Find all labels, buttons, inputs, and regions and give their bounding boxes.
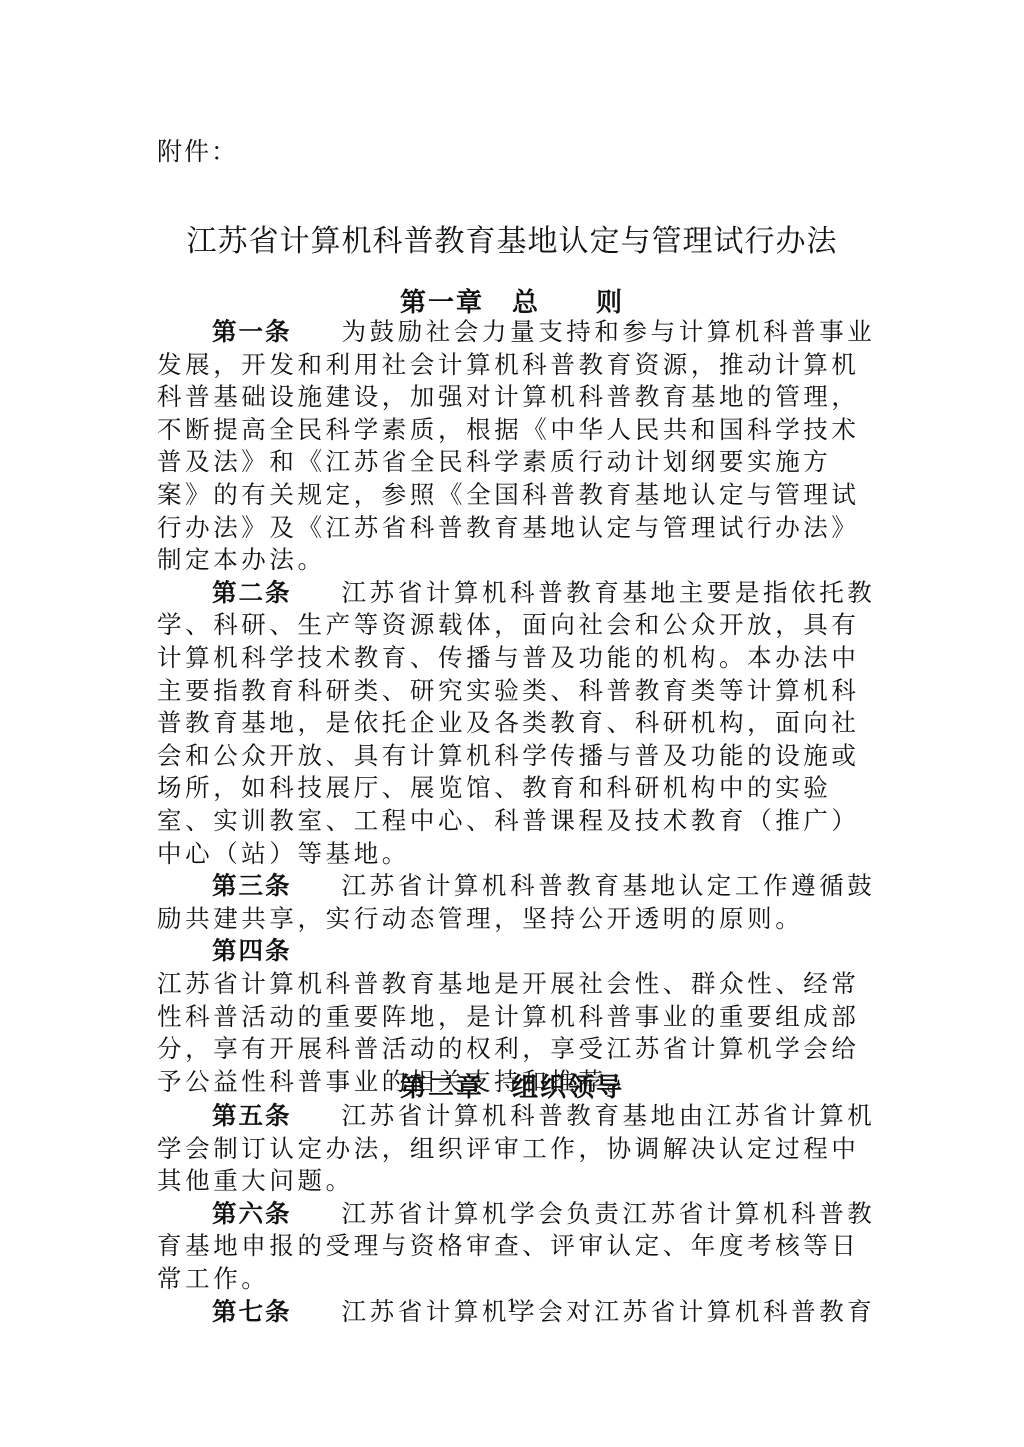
line-text: 分，享有开展科普活动的权利，享受江苏省计算机学会给 [157,1034,860,1063]
line-text: 为鼓励社会力量支持和参与计算机科普事业 [342,317,876,346]
body-line: 第二条江苏省计算机科普教育基地主要是指依托教 [157,577,927,609]
article-number: 第六条 [212,1199,292,1228]
body-line: 案》的有关规定，参照《全国科普教育基地认定与管理试 [157,479,872,511]
article-number: 第四条 [212,936,292,965]
line-text: 发展，开发和利用社会计算机科普教育资源，推动计算机 [157,350,860,379]
body-line: 第三条江苏省计算机科普教育基地认定工作遵循鼓 [157,870,927,902]
line-text: 江苏省计算机科普教育基地是开展社会性、群众性、经常 [157,969,860,998]
line-text: 励共建共享，实行动态管理，坚持公开透明的原则。 [157,904,803,933]
line-text: 江苏省计算机科普教育基地认定工作遵循鼓 [342,871,876,900]
line-text: 常工作。 [157,1264,269,1293]
body-line: 计算机科学技术教育、传播与普及功能的机构。本办法中 [157,642,872,674]
article-number: 第三条 [212,871,292,900]
line-text: 会和公众开放、具有计算机科学传播与普及功能的设施或 [157,741,860,770]
body-line: 育基地申报的受理与资格审查、评审认定、年度考核等日 [157,1230,872,1262]
line-text: 江苏省计算机学会负责江苏省计算机科普教 [342,1199,876,1228]
chapter-heading-1: 第一章 总 则 [0,282,1024,319]
line-text: 育基地申报的受理与资格审查、评审认定、年度考核等日 [157,1231,860,1260]
document-page: 附件： 江苏省计算机科普教育基地认定与管理试行办法 第一章 总 则 第一条为鼓励… [0,0,1024,1447]
body-line: 会和公众开放、具有计算机科学传播与普及功能的设施或 [157,740,872,772]
body-line: 普教育基地，是依托企业及各类教育、科研机构，面向社 [157,707,872,739]
body-line: 常工作。 [157,1263,872,1295]
body-line: 第一条为鼓励社会力量支持和参与计算机科普事业 [157,316,927,348]
body-line: 制定本办法。 [157,544,872,576]
body-line: 其他重大问题。 [157,1165,872,1197]
body-line: 不断提高全民科学素质，根据《中华人民共和国科学技术 [157,414,872,446]
body-line: 分，享有开展科普活动的权利，享受江苏省计算机学会给 [157,1033,872,1065]
line-text: 其他重大问题。 [157,1166,354,1195]
body-line: 性科普活动的重要阵地，是计算机科普事业的重要组成部 [157,1001,872,1033]
line-text: 不断提高全民科学素质，根据《中华人民共和国科学技术 [157,415,860,444]
body-line: 学、科研、生产等资源载体，面向社会和公众开放，具有 [157,609,872,641]
body-line: 学会制订认定办法，组织评审工作，协调解决认定过程中 [157,1133,872,1165]
body-line: 室、实训教室、工程中心、科普课程及技术教育（推广） [157,805,872,837]
line-text: 普教育基地，是依托企业及各类教育、科研机构，面向社 [157,708,860,737]
line-text: 案》的有关规定，参照《全国科普教育基地认定与管理试 [157,480,860,509]
line-text: 学、科研、生产等资源载体，面向社会和公众开放，具有 [157,610,860,639]
body-line: 场所，如科技展厅、展览馆、教育和科研机构中的实验 [157,772,872,804]
body-line: 科普基础设施建设，加强对计算机科普教育基地的管理， [157,381,872,413]
body-line: 主要指教育科研类、研究实验类、科普教育类等计算机科 [157,675,872,707]
page-number: 1 [0,1296,1024,1317]
line-text: 制定本办法。 [157,545,326,574]
line-text: 室、实训教室、工程中心、科普课程及技术教育（推广） [157,806,860,835]
body-line: 普及法》和《江苏省全民科学素质行动计划纲要实施方 [157,446,872,478]
article-number: 第二条 [212,578,292,607]
body-line: 第六条江苏省计算机学会负责江苏省计算机科普教 [157,1198,927,1230]
body-line: 第五条江苏省计算机科普教育基地由江苏省计算机 [157,1100,927,1132]
line-text: 行办法》及《江苏省科普教育基地认定与管理试行办法》 [157,513,860,542]
chapter-heading-2: 第二章 组织领导 [0,1067,1024,1104]
line-text: 江苏省计算机科普教育基地主要是指依托教 [342,578,876,607]
line-text: 性科普活动的重要阵地，是计算机科普事业的重要组成部 [157,1002,860,1031]
body-line: 行办法》及《江苏省科普教育基地认定与管理试行办法》 [157,512,872,544]
attachment-label: 附件： [157,132,238,168]
line-text: 计算机科学技术教育、传播与普及功能的机构。本办法中 [157,643,860,672]
document-title: 江苏省计算机科普教育基地认定与管理试行办法 [0,216,1024,260]
article-number: 第五条 [212,1101,292,1130]
line-text: 场所，如科技展厅、展览馆、教育和科研机构中的实验 [157,773,831,802]
line-text: 江苏省计算机科普教育基地由江苏省计算机 [342,1101,876,1130]
line-text: 主要指教育科研类、研究实验类、科普教育类等计算机科 [157,676,860,705]
line-text: 中心（站）等基地。 [157,839,410,868]
body-line: 励共建共享，实行动态管理，坚持公开透明的原则。 [157,903,872,935]
line-text: 学会制订认定办法，组织评审工作，协调解决认定过程中 [157,1134,860,1163]
body-line: 第四条 [157,935,927,967]
body-line: 中心（站）等基地。 [157,838,872,870]
body-line: 发展，开发和利用社会计算机科普教育资源，推动计算机 [157,349,872,381]
line-text: 普及法》和《江苏省全民科学素质行动计划纲要实施方 [157,447,831,476]
article-number: 第一条 [212,317,292,346]
line-text: 科普基础设施建设，加强对计算机科普教育基地的管理， [157,382,860,411]
body-line: 江苏省计算机科普教育基地是开展社会性、群众性、经常 [157,968,872,1000]
